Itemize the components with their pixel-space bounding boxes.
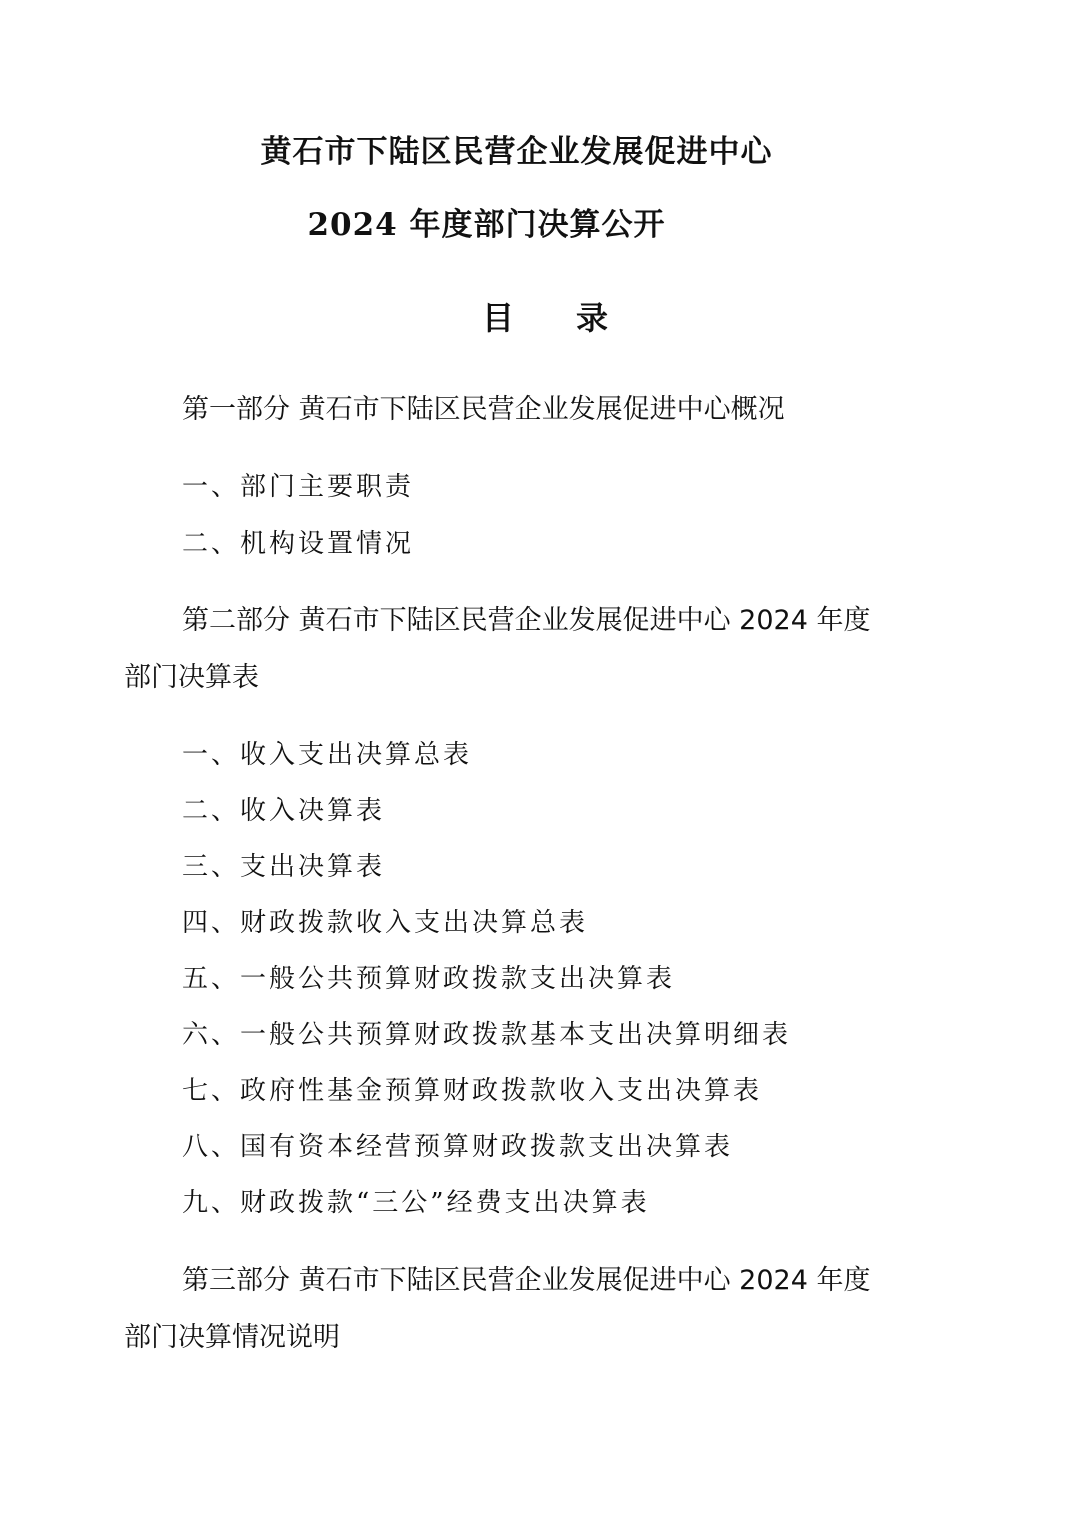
toc-part-3-heading-line1: 第三部分 黄石市下陆区民营企业发展促进中心 2024 年度 [182,1263,870,1299]
toc-item: 二、收入决算表 [182,794,385,828]
toc-item: 七、政府性基金预算财政拨款收入支出决算表 [182,1074,762,1108]
toc-item: 八、国有资本经营预算财政拨款支出决算表 [182,1130,733,1164]
toc-item: 四、财政拨款收入支出决算总表 [182,906,588,940]
toc-item: 五、一般公共预算财政拨款支出决算表 [182,962,675,996]
toc-item: 六、一般公共预算财政拨款基本支出决算明细表 [182,1018,791,1052]
toc-item: 九、财政拨款“三公”经费支出决算表 [182,1186,650,1220]
toc-item: 三、支出决算表 [182,850,385,884]
toc-part-3-heading-line2: 部门决算情况说明 [124,1320,340,1356]
toc-item: 一、收入支出决算总表 [182,738,472,772]
toc-heading: 目录 [482,298,608,338]
toc-item: 二、机构设置情况 [182,527,414,561]
document-page: 黄石市下陆区民营企业发展促进中心 2024 年度部门决算公开 目录 第一部分 黄… [0,0,1069,1514]
toc-part-2-heading-line2: 部门决算表 [124,660,259,696]
document-title-line1: 黄石市下陆区民营企业发展促进中心 [0,132,1051,172]
toc-item: 一、部门主要职责 [182,470,414,504]
toc-heading-char1: 目 [482,298,514,338]
toc-part-1-heading: 第一部分 黄石市下陆区民营企业发展促进中心概况 [182,392,785,428]
toc-part-2-heading-line1: 第二部分 黄石市下陆区民营企业发展促进中心 2024 年度 [182,603,870,639]
toc-heading-char2: 录 [576,298,608,338]
document-title-line2: 2024 年度部门决算公开 [0,205,1021,245]
